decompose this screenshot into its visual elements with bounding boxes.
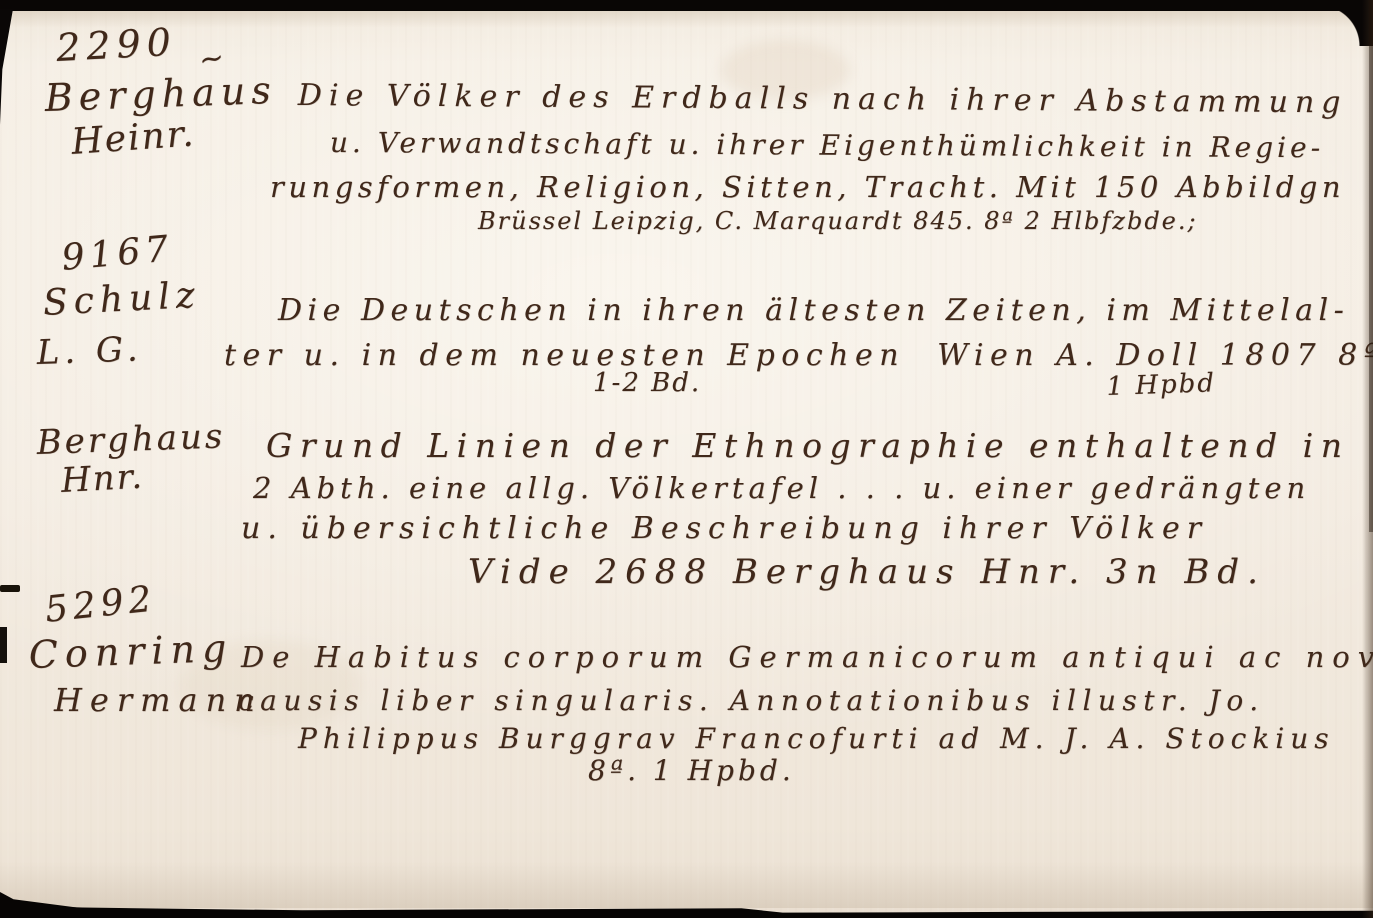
author-forename: Hnr. xyxy=(60,457,145,501)
author-forename: Hermann xyxy=(54,681,263,719)
author-initials: L. G. xyxy=(36,329,143,373)
author-forename: Heinr. xyxy=(70,113,197,163)
photo-edge-right-shadow xyxy=(1369,0,1373,532)
imprint-line: Philippus Burggrav Francofurti ad M. J. … xyxy=(298,722,1335,755)
photo-edge-top xyxy=(0,0,1373,11)
left-edge-mark xyxy=(0,627,7,663)
photographed-catalog-page: 2290 ~ Berghaus Heinr. Die Völker des Er… xyxy=(0,0,1373,918)
author-surname: Conring xyxy=(28,626,234,677)
title-line: u. Verwandtschaft u. ihrer Eigenthümlich… xyxy=(330,126,1324,164)
title-line: 2 Abth. eine allg. Völkertafel . . . u. … xyxy=(253,471,1310,505)
format-binding-line: 8ª. 1 Hpbd. xyxy=(588,754,795,787)
paper-shading-bottom xyxy=(0,862,1373,908)
catalog-number: 2290 xyxy=(55,20,178,70)
imprint-line: Brüssel Leipzig, C. Marquardt 845. 8ª 2 … xyxy=(478,207,1198,235)
title-line: Grund Linien der Ethnographie enthaltend… xyxy=(266,426,1349,465)
title-line: De Habitus corporum Germanicorum antiqui… xyxy=(241,640,1373,674)
title-line: causis liber singularis. Annotationibus … xyxy=(238,684,1265,717)
author-surname: Berghaus xyxy=(44,68,277,120)
cross-reference-line: Vide 2688 Berghaus Hnr. 3n Bd. xyxy=(468,552,1266,592)
binding-note: 1 Hpbd xyxy=(1106,368,1216,402)
author-surname: Schulz xyxy=(42,275,202,324)
title-line: u. übersichtliche Beschreibung ihrer Völ… xyxy=(241,511,1208,546)
left-edge-mark xyxy=(0,585,20,592)
author-surname: Berghaus xyxy=(36,416,226,463)
paper-shading-top xyxy=(0,10,1373,28)
title-line: Die Völker des Erdballs nach ihrer Absta… xyxy=(298,78,1348,120)
title-line: rungsformen, Religion, Sitten, Tracht. M… xyxy=(270,170,1345,204)
title-line: Die Deutschen in ihren ältesten Zeiten, … xyxy=(278,293,1349,328)
volume-note: 1-2 Bd. xyxy=(593,368,701,398)
